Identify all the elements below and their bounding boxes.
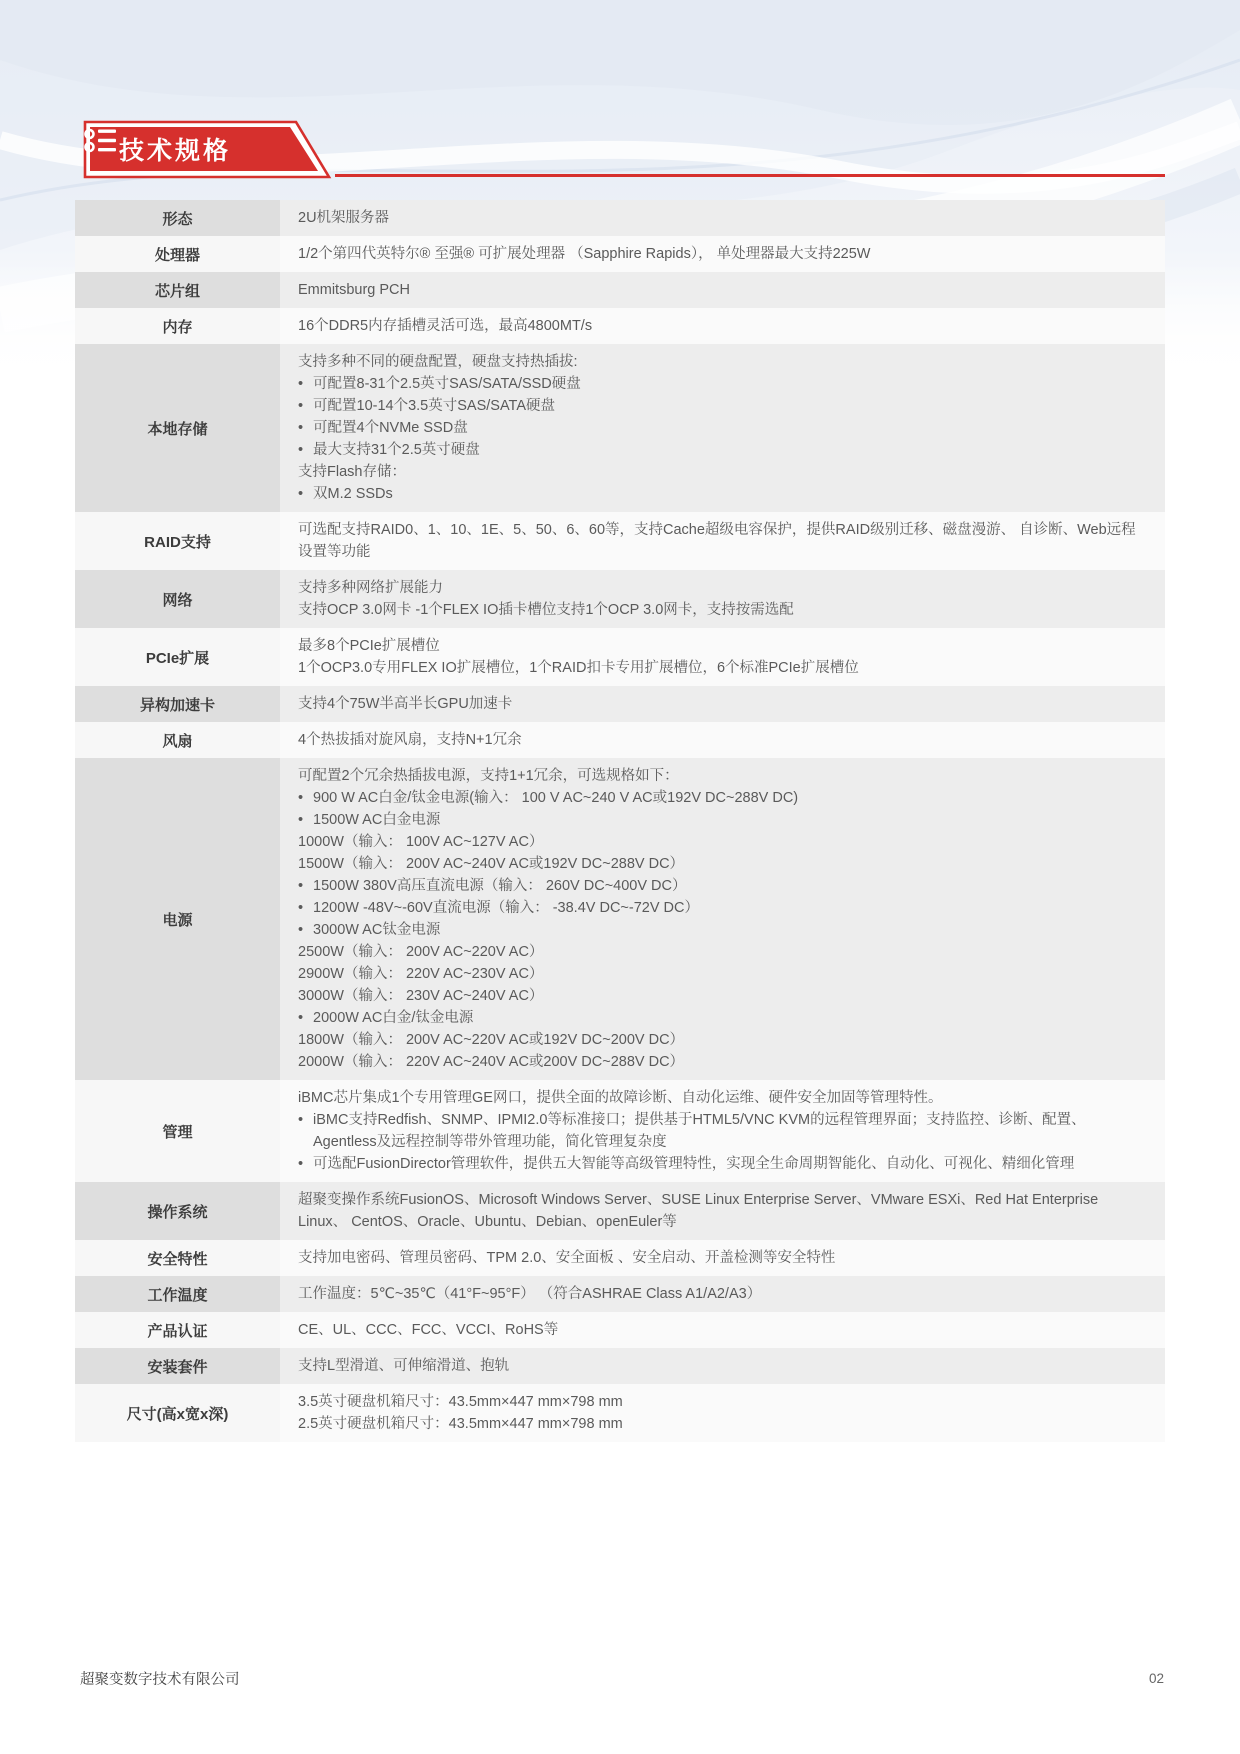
spec-line: 3.5英寸硬盘机箱尺寸：43.5mm×447 mm×798 mm	[298, 1391, 1147, 1413]
spec-line: 超聚变操作系统FusionOS、Microsoft Windows Server…	[298, 1189, 1147, 1233]
bullet-marker: •	[298, 483, 313, 505]
bullet-marker: •	[298, 787, 313, 809]
table-row: 操作系统超聚变操作系统FusionOS、Microsoft Windows Se…	[75, 1182, 1165, 1240]
spec-text: Emmitsburg PCH	[298, 279, 1147, 301]
spec-table: 形态2U机架服务器处理器1/2个第四代英特尔® 至强® 可扩展处理器 （Sapp…	[75, 200, 1165, 1442]
table-row: 管理iBMC芯片集成1个专用管理GE网口，提供全面的故障诊断、自动化运维、硬件安…	[75, 1080, 1165, 1182]
spec-text: 支持加电密码、管理员密码、TPM 2.0、安全面板 、安全启动、开盖检测等安全特…	[298, 1247, 1147, 1269]
spec-text: 可配置10-14个3.5英寸SAS/SATA硬盘	[313, 395, 1147, 417]
spec-text: 2900W（输入： 220V AC~230V AC）	[298, 963, 1147, 985]
spec-text: 双M.2 SSDs	[313, 483, 1147, 505]
spec-text: 支持L型滑道、可伸缩滑道、抱轨	[298, 1355, 1147, 1377]
row-label: 安全特性	[75, 1240, 280, 1276]
spec-text: 900 W AC白金/钛金电源(输入： 100 V AC~240 V AC或19…	[313, 787, 1147, 809]
spec-text: 最多8个PCIe扩展槽位	[298, 635, 1147, 657]
footer-page-number: 02	[1149, 1671, 1164, 1686]
spec-text: 支持Flash存储：	[298, 461, 1147, 483]
spec-line: •可配置10-14个3.5英寸SAS/SATA硬盘	[298, 395, 1147, 417]
spec-text: 可选配FusionDirector管理软件，提供五大智能等高级管理特性，实现全生…	[313, 1153, 1147, 1175]
bullet-marker: •	[298, 919, 313, 941]
table-row: RAID支持可选配支持RAID0、1、10、1E、5、50、6、60等，支持Ca…	[75, 512, 1165, 570]
bullet-marker: •	[298, 395, 313, 417]
spec-line: 1/2个第四代英特尔® 至强® 可扩展处理器 （Sapphire Rapids）…	[298, 243, 1147, 265]
bullet-marker: •	[298, 809, 313, 831]
row-value: 工作温度：5℃~35℃（41°F~95°F） （符合ASHRAE Class A…	[280, 1276, 1165, 1312]
spec-line: 1500W（输入： 200V AC~240V AC或192V DC~288V D…	[298, 853, 1147, 875]
row-value: 16个DDR5内存插槽灵活可选，最高4800MT/s	[280, 308, 1165, 344]
spec-text: iBMC芯片集成1个专用管理GE网口，提供全面的故障诊断、自动化运维、硬件安全加…	[298, 1087, 1147, 1109]
row-value: 3.5英寸硬盘机箱尺寸：43.5mm×447 mm×798 mm2.5英寸硬盘机…	[280, 1384, 1165, 1442]
bullet-marker: •	[298, 1153, 313, 1175]
spec-text: 1个OCP3.0专用FLEX IO扩展槽位，1个RAID扣卡专用扩展槽位，6个标…	[298, 657, 1147, 679]
row-value: 4个热拔插对旋风扇，支持N+1冗余	[280, 722, 1165, 758]
row-value: 支持加电密码、管理员密码、TPM 2.0、安全面板 、安全启动、开盖检测等安全特…	[280, 1240, 1165, 1276]
table-row: 处理器1/2个第四代英特尔® 至强® 可扩展处理器 （Sapphire Rapi…	[75, 236, 1165, 272]
header-rule	[335, 174, 1165, 177]
footer-company: 超聚变数字技术有限公司	[80, 1668, 240, 1689]
spec-line: Emmitsburg PCH	[298, 279, 1147, 301]
table-row: 尺寸(高x宽x深)3.5英寸硬盘机箱尺寸：43.5mm×447 mm×798 m…	[75, 1384, 1165, 1442]
table-row: 形态2U机架服务器	[75, 200, 1165, 236]
table-row: PCIe扩展最多8个PCIe扩展槽位1个OCP3.0专用FLEX IO扩展槽位，…	[75, 628, 1165, 686]
spec-line: 可选配支持RAID0、1、10、1E、5、50、6、60等，支持Cache超级电…	[298, 519, 1147, 563]
row-label: 内存	[75, 308, 280, 344]
spec-text: 支持4个75W半高半长GPU加速卡	[298, 693, 1147, 715]
table-row: 电源可配置2个冗余热插拔电源，支持1+1冗余，可选规格如下：•900 W AC白…	[75, 758, 1165, 1080]
spec-line: 支持加电密码、管理员密码、TPM 2.0、安全面板 、安全启动、开盖检测等安全特…	[298, 1247, 1147, 1269]
spec-text: 1200W -48V~-60V直流电源（输入： -38.4V DC~-72V D…	[313, 897, 1147, 919]
spec-line: 支持多种网络扩展能力	[298, 577, 1147, 599]
spec-text: 支持OCP 3.0网卡 -1个FLEX IO插卡槽位支持1个OCP 3.0网卡，…	[298, 599, 1147, 621]
spec-text: 1500W 380V高压直流电源（输入： 260V DC~400V DC）	[313, 875, 1147, 897]
spec-text: 16个DDR5内存插槽灵活可选，最高4800MT/s	[298, 315, 1147, 337]
spec-text: 可配置8-31个2.5英寸SAS/SATA/SSD硬盘	[313, 373, 1147, 395]
spec-text: 1500W（输入： 200V AC~240V AC或192V DC~288V D…	[298, 853, 1147, 875]
spec-line: •3000W AC钛金电源	[298, 919, 1147, 941]
row-value: iBMC芯片集成1个专用管理GE网口，提供全面的故障诊断、自动化运维、硬件安全加…	[280, 1080, 1165, 1182]
row-value: 1/2个第四代英特尔® 至强® 可扩展处理器 （Sapphire Rapids）…	[280, 236, 1165, 272]
spec-line: 3000W（输入： 230V AC~240V AC）	[298, 985, 1147, 1007]
spec-line: 支持OCP 3.0网卡 -1个FLEX IO插卡槽位支持1个OCP 3.0网卡，…	[298, 599, 1147, 621]
row-label: 产品认证	[75, 1312, 280, 1348]
table-row: 芯片组Emmitsburg PCH	[75, 272, 1165, 308]
spec-line: 工作温度：5℃~35℃（41°F~95°F） （符合ASHRAE Class A…	[298, 1283, 1147, 1305]
spec-line: •iBMC支持Redfish、SNMP、IPMI2.0等标准接口；提供基于HTM…	[298, 1109, 1147, 1153]
spec-line: iBMC芯片集成1个专用管理GE网口，提供全面的故障诊断、自动化运维、硬件安全加…	[298, 1087, 1147, 1109]
spec-text: 最大支持31个2.5英寸硬盘	[313, 439, 1147, 461]
spec-line: 最多8个PCIe扩展槽位	[298, 635, 1147, 657]
table-row: 内存16个DDR5内存插槽灵活可选，最高4800MT/s	[75, 308, 1165, 344]
spec-line: •1500W 380V高压直流电源（输入： 260V DC~400V DC）	[298, 875, 1147, 897]
spec-line: 2.5英寸硬盘机箱尺寸：43.5mm×447 mm×798 mm	[298, 1413, 1147, 1435]
table-row: 安装套件支持L型滑道、可伸缩滑道、抱轨	[75, 1348, 1165, 1384]
spec-text: 支持多种不同的硬盘配置，硬盘支持热插拔:	[298, 351, 1147, 373]
row-label: 电源	[75, 758, 280, 1080]
spec-text: 可配置2个冗余热插拔电源，支持1+1冗余，可选规格如下：	[298, 765, 1147, 787]
row-label: 操作系统	[75, 1182, 280, 1240]
row-label: 管理	[75, 1080, 280, 1182]
row-label: 安装套件	[75, 1348, 280, 1384]
row-value: 支持多种网络扩展能力支持OCP 3.0网卡 -1个FLEX IO插卡槽位支持1个…	[280, 570, 1165, 628]
row-value: 2U机架服务器	[280, 200, 1165, 236]
table-row: 风扇4个热拔插对旋风扇，支持N+1冗余	[75, 722, 1165, 758]
row-label: PCIe扩展	[75, 628, 280, 686]
spec-text: 2.5英寸硬盘机箱尺寸：43.5mm×447 mm×798 mm	[298, 1413, 1147, 1435]
spec-line: 16个DDR5内存插槽灵活可选，最高4800MT/s	[298, 315, 1147, 337]
row-value: 超聚变操作系统FusionOS、Microsoft Windows Server…	[280, 1182, 1165, 1240]
spec-line: •可配置4个NVMe SSD盘	[298, 417, 1147, 439]
row-label: 形态	[75, 200, 280, 236]
row-label: 尺寸(高x宽x深)	[75, 1384, 280, 1442]
bullet-marker: •	[298, 1007, 313, 1029]
spec-text: 支持多种网络扩展能力	[298, 577, 1147, 599]
spec-line: 支持多种不同的硬盘配置，硬盘支持热插拔:	[298, 351, 1147, 373]
table-row: 本地存储支持多种不同的硬盘配置，硬盘支持热插拔:•可配置8-31个2.5英寸SA…	[75, 344, 1165, 512]
spec-text: 2U机架服务器	[298, 207, 1147, 229]
spec-text: 2000W AC白金/钛金电源	[313, 1007, 1147, 1029]
spec-line: •双M.2 SSDs	[298, 483, 1147, 505]
row-value: CE、UL、CCC、FCC、VCCI、RoHS等	[280, 1312, 1165, 1348]
row-value: 可配置2个冗余热插拔电源，支持1+1冗余，可选规格如下：•900 W AC白金/…	[280, 758, 1165, 1080]
spec-line: 1个OCP3.0专用FLEX IO扩展槽位，1个RAID扣卡专用扩展槽位，6个标…	[298, 657, 1147, 679]
row-value: 最多8个PCIe扩展槽位1个OCP3.0专用FLEX IO扩展槽位，1个RAID…	[280, 628, 1165, 686]
row-label: 工作温度	[75, 1276, 280, 1312]
spec-line: 2U机架服务器	[298, 207, 1147, 229]
bullet-marker: •	[298, 1109, 313, 1153]
spec-line: •可配置8-31个2.5英寸SAS/SATA/SSD硬盘	[298, 373, 1147, 395]
spec-line: •2000W AC白金/钛金电源	[298, 1007, 1147, 1029]
spec-line: CE、UL、CCC、FCC、VCCI、RoHS等	[298, 1319, 1147, 1341]
bullet-marker: •	[298, 897, 313, 919]
row-value: Emmitsburg PCH	[280, 272, 1165, 308]
spec-text: CE、UL、CCC、FCC、VCCI、RoHS等	[298, 1319, 1147, 1341]
table-row: 产品认证CE、UL、CCC、FCC、VCCI、RoHS等	[75, 1312, 1165, 1348]
spec-line: 可配置2个冗余热插拔电源，支持1+1冗余，可选规格如下：	[298, 765, 1147, 787]
row-label: RAID支持	[75, 512, 280, 570]
bullet-marker: •	[298, 875, 313, 897]
spec-text: 2500W（输入： 200V AC~220V AC）	[298, 941, 1147, 963]
spec-line: •可选配FusionDirector管理软件，提供五大智能等高级管理特性，实现全…	[298, 1153, 1147, 1175]
table-row: 工作温度工作温度：5℃~35℃（41°F~95°F） （符合ASHRAE Cla…	[75, 1276, 1165, 1312]
spec-text: 工作温度：5℃~35℃（41°F~95°F） （符合ASHRAE Class A…	[298, 1283, 1147, 1305]
row-value: 支持4个75W半高半长GPU加速卡	[280, 686, 1165, 722]
spec-line: 1800W（输入： 200V AC~220V AC或192V DC~200V D…	[298, 1029, 1147, 1051]
spec-line: 4个热拔插对旋风扇，支持N+1冗余	[298, 729, 1147, 751]
spec-line: 2000W（输入： 220V AC~240V AC或200V DC~288V D…	[298, 1051, 1147, 1073]
row-value: 可选配支持RAID0、1、10、1E、5、50、6、60等，支持Cache超级电…	[280, 512, 1165, 570]
spec-line: •900 W AC白金/钛金电源(输入： 100 V AC~240 V AC或1…	[298, 787, 1147, 809]
row-label: 芯片组	[75, 272, 280, 308]
spec-text: 3.5英寸硬盘机箱尺寸：43.5mm×447 mm×798 mm	[298, 1391, 1147, 1413]
spec-text: 可配置4个NVMe SSD盘	[313, 417, 1147, 439]
row-label: 本地存储	[75, 344, 280, 512]
spec-text: 1500W AC白金电源	[313, 809, 1147, 831]
page-footer: 超聚变数字技术有限公司 02	[80, 1668, 1164, 1689]
spec-text: 4个热拔插对旋风扇，支持N+1冗余	[298, 729, 1147, 751]
spec-line: 支持4个75W半高半长GPU加速卡	[298, 693, 1147, 715]
spec-text: 1800W（输入： 200V AC~220V AC或192V DC~200V D…	[298, 1029, 1147, 1051]
table-row: 安全特性支持加电密码、管理员密码、TPM 2.0、安全面板 、安全启动、开盖检测…	[75, 1240, 1165, 1276]
spec-text: 3000W（输入： 230V AC~240V AC）	[298, 985, 1147, 1007]
table-row: 网络支持多种网络扩展能力支持OCP 3.0网卡 -1个FLEX IO插卡槽位支持…	[75, 570, 1165, 628]
spec-line: 1000W（输入： 100V AC~127V AC）	[298, 831, 1147, 853]
spec-text: 超聚变操作系统FusionOS、Microsoft Windows Server…	[298, 1189, 1147, 1233]
section-title: 技术规格	[119, 131, 231, 167]
bullet-marker: •	[298, 439, 313, 461]
spec-text: 可选配支持RAID0、1、10、1E、5、50、6、60等，支持Cache超级电…	[298, 519, 1147, 563]
spec-line: 支持Flash存储：	[298, 461, 1147, 483]
spec-text: 1/2个第四代英特尔® 至强® 可扩展处理器 （Sapphire Rapids）…	[298, 243, 1147, 265]
spec-line: 支持L型滑道、可伸缩滑道、抱轨	[298, 1355, 1147, 1377]
spec-line: •1200W -48V~-60V直流电源（输入： -38.4V DC~-72V …	[298, 897, 1147, 919]
table-row: 异构加速卡支持4个75W半高半长GPU加速卡	[75, 686, 1165, 722]
spec-text: iBMC支持Redfish、SNMP、IPMI2.0等标准接口；提供基于HTML…	[313, 1109, 1147, 1153]
row-label: 异构加速卡	[75, 686, 280, 722]
row-value: 支持多种不同的硬盘配置，硬盘支持热插拔:•可配置8-31个2.5英寸SAS/SA…	[280, 344, 1165, 512]
row-label: 网络	[75, 570, 280, 628]
spec-line: 2500W（输入： 200V AC~220V AC）	[298, 941, 1147, 963]
spec-line: •最大支持31个2.5英寸硬盘	[298, 439, 1147, 461]
row-label: 处理器	[75, 236, 280, 272]
bullet-marker: •	[298, 373, 313, 395]
row-value: 支持L型滑道、可伸缩滑道、抱轨	[280, 1348, 1165, 1384]
spec-text: 3000W AC钛金电源	[313, 919, 1147, 941]
bullet-marker: •	[298, 417, 313, 439]
spec-line: •1500W AC白金电源	[298, 809, 1147, 831]
section-header: 技术规格	[83, 120, 343, 180]
row-label: 风扇	[75, 722, 280, 758]
spec-text: 2000W（输入： 220V AC~240V AC或200V DC~288V D…	[298, 1051, 1147, 1073]
spec-text: 1000W（输入： 100V AC~127V AC）	[298, 831, 1147, 853]
spec-line: 2900W（输入： 220V AC~230V AC）	[298, 963, 1147, 985]
